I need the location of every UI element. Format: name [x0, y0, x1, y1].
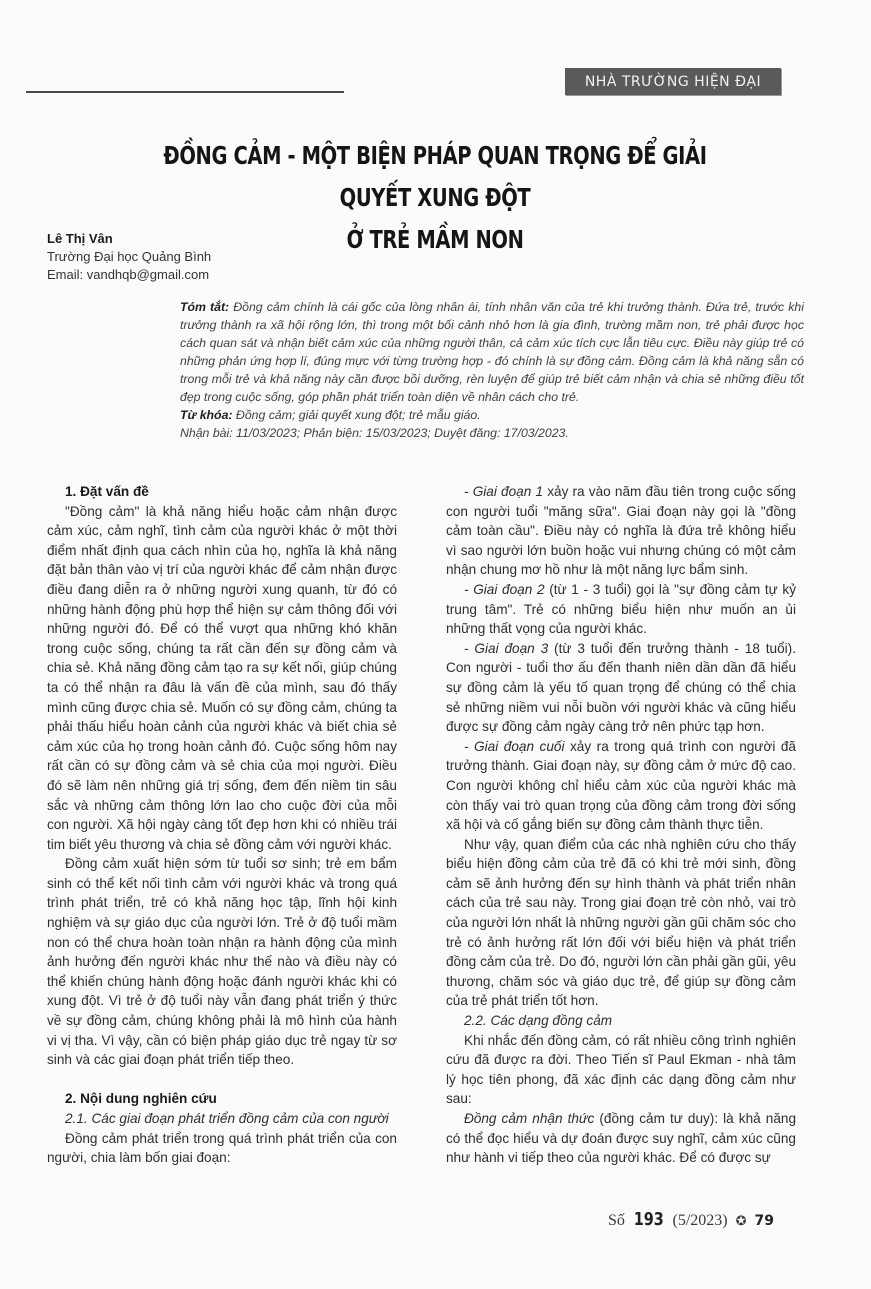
subheading-empathy-types: 2.2. Các dạng đồng cảm	[446, 1011, 796, 1031]
stage-3-paragraph: - Giai đoạn 3 (từ 3 tuổi đến trưởng thàn…	[446, 639, 796, 737]
heading-introduction: 1. Đặt vấn đề	[47, 482, 397, 502]
author-email: Email: vandhqb@gmail.com	[47, 266, 211, 284]
author-name: Lê Thị Vân	[47, 230, 211, 248]
cognitive-empathy-label: Đồng cảm nhận thức	[464, 1111, 594, 1126]
abstract-text: Đồng cảm chính là cái gốc của lòng nhân …	[180, 300, 804, 404]
abstract: Tóm tắt: Đồng cảm chính là cái gốc của l…	[180, 298, 804, 442]
author-block: Lê Thị Vân Trường Đại học Quảng Bình Ema…	[47, 230, 211, 284]
paragraph: Đồng cảm xuất hiện sớm từ tuổi sơ sinh; …	[47, 854, 397, 1070]
heading-research-content: 2. Nội dung nghiên cứu	[47, 1089, 397, 1109]
page-footer: Số 193 (5/2023) ✪ 79	[608, 1209, 774, 1230]
title-line-2: Ở TRẺ MẦM NON	[127, 219, 743, 261]
section-tag: NHÀ TRƯỜNG HIỆN ĐẠI	[565, 68, 781, 95]
left-column: 1. Đặt vấn đề "Đồng cảm" là khả năng hiể…	[47, 482, 397, 1168]
abstract-body: Tóm tắt: Đồng cảm chính là cái gốc của l…	[180, 298, 804, 406]
stage-1-label: - Giai đoạn 1	[464, 484, 543, 499]
right-column: - Giai đoạn 1 xảy ra vào năm đầu tiên tr…	[446, 482, 796, 1168]
stage-4-label: - Giai đoạn cuối	[464, 739, 564, 754]
article-dates: Nhận bài: 11/03/2023; Phản biện: 15/03/2…	[180, 424, 804, 442]
keywords: Từ khóa: Đồng cảm; giải quyết xung đột; …	[180, 406, 804, 424]
paragraph: Đồng cảm phát triển trong quá trình phát…	[47, 1129, 397, 1168]
issue-prefix: Số	[608, 1212, 625, 1230]
cognitive-empathy-paragraph: Đồng cảm nhận thức (đồng cảm tư duy): là…	[446, 1109, 796, 1168]
keywords-label: Từ khóa:	[180, 408, 233, 422]
issue-number: 193	[634, 1209, 664, 1230]
stage-3-label: - Giai đoạn 3	[464, 641, 548, 656]
title-line-1: ĐỒNG CẢM - MỘT BIỆN PHÁP QUAN TRỌNG ĐỂ G…	[127, 135, 743, 219]
stage-4-paragraph: - Giai đoạn cuối xảy ra trong quá trình …	[446, 737, 796, 835]
keywords-text: Đồng cảm; giải quyết xung đột; trẻ mẫu g…	[233, 408, 481, 422]
spacer	[47, 1070, 397, 1090]
article-title: ĐỒNG CẢM - MỘT BIỆN PHÁP QUAN TRỌNG ĐỂ G…	[127, 135, 743, 261]
issue-date: (5/2023)	[672, 1212, 727, 1230]
author-affiliation: Trường Đại học Quảng Bình	[47, 248, 211, 266]
stage-2-label: - Giai đoạn 2	[464, 582, 545, 597]
paragraph: Như vậy, quan điểm của các nhà nghiên cứ…	[446, 835, 796, 1011]
subheading-stages: 2.1. Các giai đoạn phát triển đồng cảm c…	[47, 1109, 397, 1129]
header-rule	[26, 91, 344, 93]
separator-icon: ✪	[736, 1213, 747, 1229]
paragraph: "Đồng cảm" là khả năng hiểu hoặc cảm nhậ…	[47, 502, 397, 855]
page-number: 79	[755, 1213, 774, 1229]
stage-1-paragraph: - Giai đoạn 1 xảy ra vào năm đầu tiên tr…	[446, 482, 796, 580]
paragraph: Khi nhắc đến đồng cảm, có rất nhiều công…	[446, 1031, 796, 1109]
stage-2-paragraph: - Giai đoạn 2 (từ 1 - 3 tuổi) gọi là "sự…	[446, 580, 796, 639]
abstract-label: Tóm tắt:	[180, 300, 229, 314]
